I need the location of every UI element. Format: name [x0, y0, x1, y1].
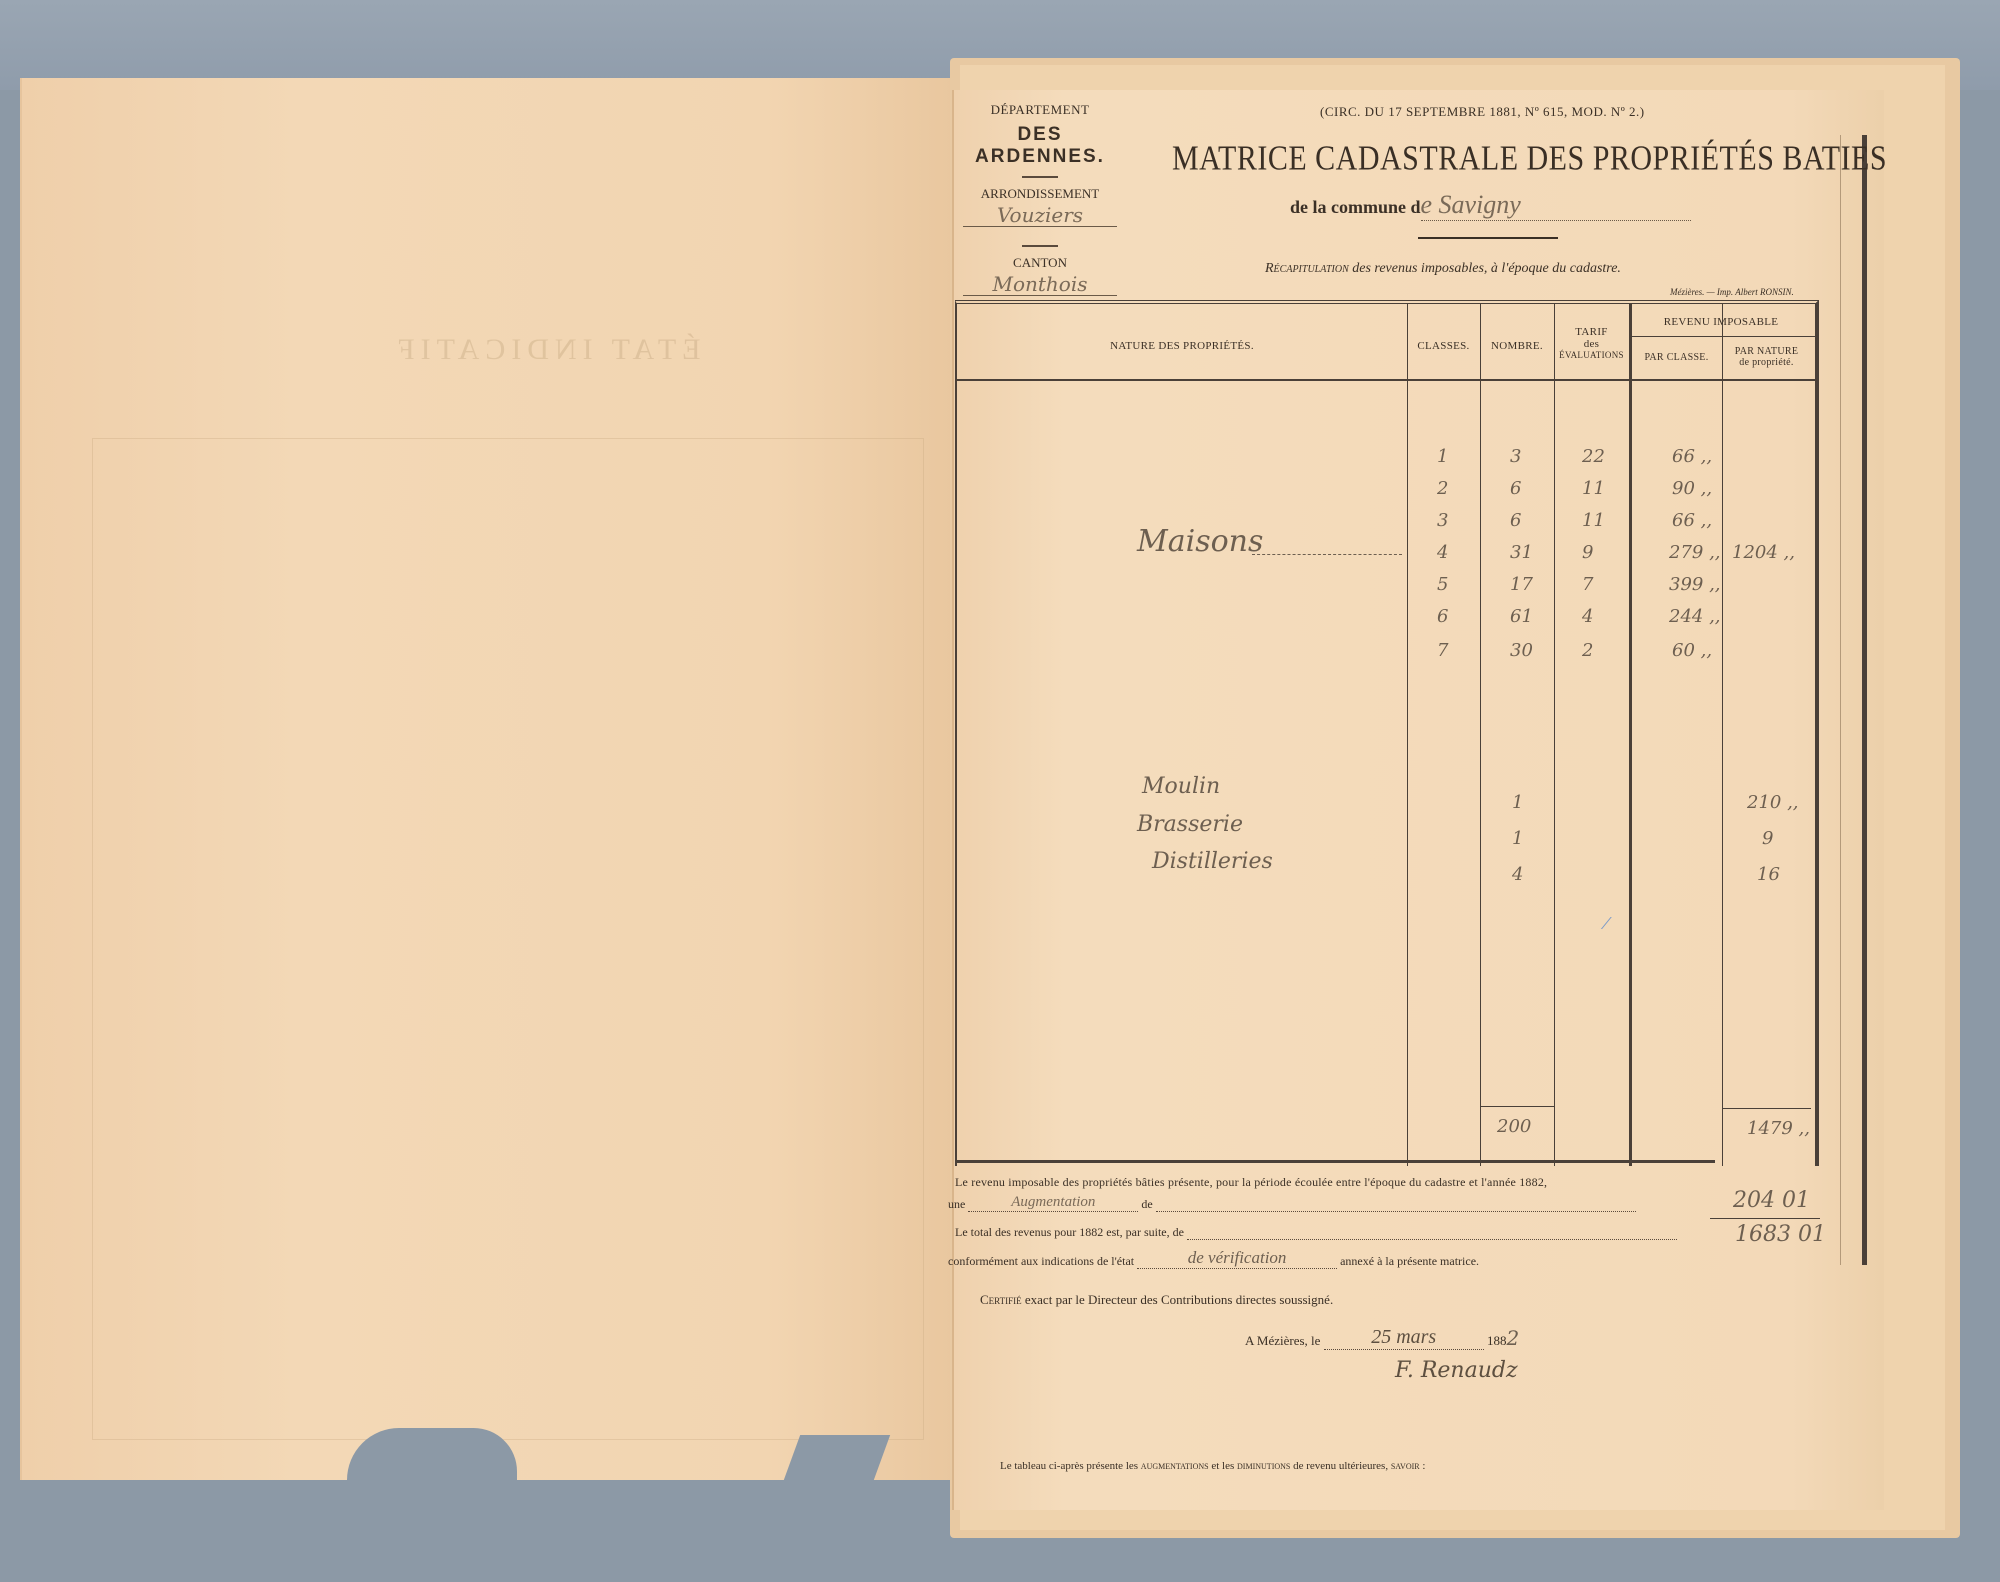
total-1882-label: Le total des revenus pour 1882 est, par … — [955, 1225, 1184, 1239]
footer-de: de — [1141, 1197, 1152, 1211]
certification: Certifié exact par le Directeur des Cont… — [980, 1292, 1333, 1308]
cell-classe: 4 — [1437, 542, 1448, 563]
note-diminutions: diminutions — [1237, 1460, 1290, 1472]
cell-par-classe: 66 ,, — [1672, 510, 1712, 531]
left-page: ÉTAT INDICATIF — [22, 78, 952, 1480]
cell-tarif: 2 — [1582, 640, 1593, 661]
col-divider — [1722, 304, 1723, 1166]
etat-prefix: conformément aux indications de l'état — [948, 1254, 1134, 1268]
commune-line: de la commune de Savigny — [1290, 190, 1691, 221]
commune-value: e Savigny — [1421, 190, 1691, 221]
canton-label: CANTON — [955, 255, 1125, 271]
bottom-note: Le tableau ci-après présente les augment… — [1000, 1460, 1425, 1472]
year-prefix: 188 — [1487, 1333, 1507, 1348]
cell-classe: 2 — [1437, 478, 1448, 499]
canton-value: Monthois — [963, 273, 1117, 296]
cell-classe: 6 — [1437, 606, 1448, 627]
maisons-total: 1204 ,, — [1732, 542, 1795, 563]
circular-reference: (CIRC. DU 17 SEPTEMBRE 1881, Nº 615, MOD… — [1320, 104, 1645, 120]
certified-label: Certifié — [980, 1292, 1022, 1307]
cell-nombre: 1 — [1512, 828, 1523, 849]
cell-classe: 7 — [1437, 640, 1448, 661]
director-signature: F. Renaudz — [1395, 1358, 1518, 1383]
moulin-label: Moulin — [1142, 774, 1220, 799]
certified-text: exact par le Directeur des Contributions… — [1022, 1292, 1334, 1307]
torn-edge — [347, 1428, 517, 1480]
cell-nombre: 4 — [1512, 864, 1523, 885]
etat-value: de vérification — [1137, 1248, 1337, 1269]
header-par-nature-1: PAR NATURE — [1722, 346, 1811, 357]
next-page-border — [1862, 135, 1867, 1265]
footer-une: une — [948, 1197, 965, 1211]
etat-suffix: annexé à la présente matrice. — [1340, 1254, 1479, 1268]
note-augmentations: augmentations — [1141, 1460, 1209, 1472]
blue-pencil-mark: ⁄ — [1605, 914, 1608, 933]
cell-nombre: 30 — [1510, 640, 1533, 661]
printer-credit: Mézières. — Imp. Albert RONSIN. — [1670, 287, 1794, 297]
dotted-leader — [1187, 1239, 1677, 1240]
footer-line-1: Le revenu imposable des propriétés bâtie… — [955, 1175, 1715, 1190]
total-rule — [1480, 1106, 1554, 1107]
cell-par-classe: 90 ,, — [1672, 478, 1712, 499]
brasserie-label: Brasserie — [1137, 812, 1243, 837]
header-par-classe: PAR CLASSE. — [1631, 352, 1722, 363]
total-nombre: 200 — [1497, 1116, 1531, 1137]
cell-nombre: 17 — [1510, 574, 1533, 595]
col-divider — [1554, 304, 1555, 1166]
cell-nombre: 6 — [1510, 510, 1521, 531]
cell-tarif: 11 — [1582, 478, 1605, 499]
next-page-edge — [1840, 135, 1863, 1265]
cell-nombre: 31 — [1510, 542, 1533, 563]
total-1882-amount: 1683 01 — [1735, 1222, 1826, 1247]
cell-nombre: 61 — [1510, 606, 1533, 627]
cell-tarif: 9 — [1582, 542, 1593, 563]
cell-tarif: 7 — [1582, 574, 1593, 595]
total-rule — [1722, 1108, 1811, 1109]
header-revenu: REVENU IMPOSABLE — [1631, 316, 1811, 328]
header-tarif-3: ÉVALUATIONS — [1554, 350, 1629, 360]
cell-nombre: 3 — [1510, 446, 1521, 467]
table-bottom-rule — [955, 1160, 1715, 1163]
change-type: Augmentation — [968, 1194, 1138, 1212]
department-label: DÉPARTEMENT — [955, 102, 1125, 118]
cell-classe: 1 — [1437, 446, 1448, 467]
leader-dashes — [1252, 554, 1402, 555]
header-tarif-2: des — [1554, 338, 1629, 350]
administrative-block: DÉPARTEMENT DES ARDENNES. ARRONDISSEMENT… — [955, 102, 1125, 296]
recap-line: Récapitulation des revenus imposables, à… — [1265, 261, 1621, 277]
footer-line-3: Le total des revenus pour 1882 est, par … — [955, 1225, 1677, 1240]
arrondissement-value: Vouziers — [963, 204, 1117, 227]
cell-tarif: 4 — [1582, 606, 1593, 627]
cell-par-classe: 60 ,, — [1672, 640, 1712, 661]
cell-par-classe: 279 ,, — [1669, 542, 1721, 563]
header-tarif-1: TARIF — [1554, 326, 1629, 338]
total-revenu: 1479 ,, — [1747, 1118, 1810, 1139]
note-part: de revenu ultérieures, — [1290, 1460, 1390, 1472]
torn-edge — [784, 1435, 890, 1480]
distilleries-label: Distilleries — [1152, 849, 1273, 874]
commune-label: de la commune d — [1290, 197, 1421, 217]
department-name: DES ARDENNES. — [955, 124, 1125, 168]
place-label: A Mézières, le — [1245, 1333, 1320, 1348]
date-line: A Mézières, le 25 mars 1882 — [1245, 1326, 1519, 1350]
bleed-through-title: ÉTAT INDICATIF — [392, 333, 701, 367]
title-rule — [1418, 237, 1558, 239]
bleed-through-table — [92, 438, 924, 1440]
divider — [1022, 245, 1058, 247]
cell-par-nature: 9 — [1762, 828, 1773, 849]
revenu-brace — [1631, 336, 1815, 337]
sum-rule — [1710, 1218, 1820, 1219]
cell-classe: 5 — [1437, 574, 1448, 595]
header-par-nature: PAR NATURE de propriété. — [1722, 346, 1811, 368]
note-savoir: savoir : — [1391, 1460, 1426, 1472]
cell-nombre: 1 — [1512, 792, 1523, 813]
cell-tarif: 11 — [1582, 510, 1605, 531]
arrondissement-label: ARRONDISSEMENT — [955, 186, 1125, 202]
cell-nombre: 6 — [1510, 478, 1521, 499]
divider — [1022, 176, 1058, 178]
cell-par-nature: 16 — [1757, 864, 1780, 885]
header-tarif: TARIF des ÉVALUATIONS — [1554, 326, 1629, 360]
col-divider — [1407, 304, 1408, 1166]
note-part: et les — [1209, 1460, 1237, 1472]
header-par-nature-2: de propriété. — [1722, 357, 1811, 368]
col-divider — [1480, 304, 1481, 1166]
header-nature: NATURE DES PROPRIÉTÉS. — [957, 340, 1407, 352]
recap-text: des revenus imposables, à l'époque du ca… — [1349, 261, 1621, 276]
document-title: MATRICE CADASTRALE DES PROPRIÉTÉS BATIES — [1172, 139, 1887, 178]
footer-line-2: une Augmentation de — [948, 1194, 1636, 1212]
cell-classe: 3 — [1437, 510, 1448, 531]
note-part: Le tableau ci-après présente les — [1000, 1460, 1141, 1472]
cell-par-classe: 66 ,, — [1672, 446, 1712, 467]
recap-label: Récapitulation — [1265, 261, 1349, 276]
footer-line-4: conformément aux indications de l'état d… — [948, 1248, 1479, 1269]
dotted-leader — [1156, 1211, 1636, 1212]
year-suffix: 2 — [1506, 1326, 1519, 1350]
cell-tarif: 22 — [1582, 446, 1605, 467]
date-value: 25 mars — [1324, 1326, 1484, 1350]
cell-par-nature: 210 ,, — [1747, 792, 1799, 813]
augmentation-amount: 204 01 — [1733, 1188, 1810, 1213]
cell-par-classe: 399 ,, — [1669, 574, 1721, 595]
header-rule — [957, 379, 1815, 381]
header-classes: CLASSES. — [1407, 340, 1480, 352]
header-nombre: NOMBRE. — [1480, 340, 1554, 352]
maisons-label: Maisons — [1137, 524, 1263, 559]
col-divider — [1629, 304, 1632, 1166]
recap-table: NATURE DES PROPRIÉTÉS. CLASSES. NOMBRE. … — [955, 300, 1819, 1166]
cell-par-classe: 244 ,, — [1669, 606, 1721, 627]
